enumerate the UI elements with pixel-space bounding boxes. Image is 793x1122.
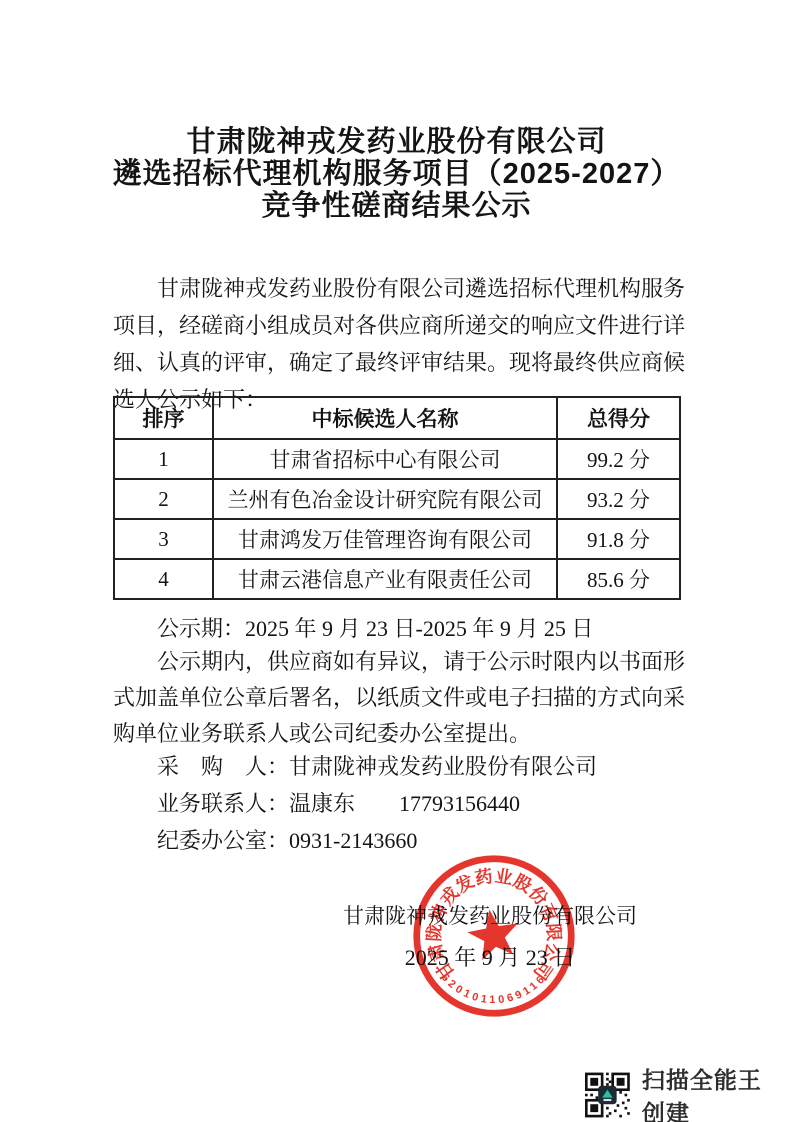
table-row: 2 兰州有色冶金设计研究院有限公司 93.2 分 [114, 479, 680, 519]
camscanner-watermark: 扫描全能王 创建 [585, 1062, 793, 1122]
candidate-name-cell: 甘肃省招标中心有限公司 [213, 439, 557, 479]
score-cell: 91.8 分 [557, 519, 680, 559]
discipline-office-line: 纪委办公室：0931-2143660 [113, 822, 685, 859]
purchaser-label: 采 购 人： [157, 754, 289, 779]
table-row: 4 甘肃云港信息产业有限责任公司 85.6 分 [114, 559, 680, 599]
camscanner-credit-text: 扫描全能王 创建 [642, 1062, 793, 1122]
score-cell: 99.2 分 [557, 439, 680, 479]
contact-info-block: 采 购 人：甘肃陇神戎发药业股份有限公司 业务联系人：温康东 177931564… [113, 748, 685, 859]
signature-date: 2025 年 9 月 23 日 [318, 945, 662, 971]
header-total-score: 总得分 [557, 397, 680, 439]
rank-cell: 4 [114, 559, 213, 599]
seal-serial-number: 6201011069116 [439, 972, 549, 1007]
signature-block: 甘肃陇神戎发药业股份有限公司 2025 年 9 月 23 日 [318, 903, 662, 971]
document-title: 甘肃陇神戎发药业股份有限公司 遴选招标代理机构服务项目（2025-2027） 竞… [0, 126, 793, 222]
business-contact-line: 业务联系人：温康东 17793156440 [113, 785, 685, 822]
discipline-office-label: 纪委办公室： [157, 828, 289, 853]
publicity-period-line: 公示期：2025 年 9 月 23 日-2025 年 9 月 25 日 [113, 610, 685, 647]
results-table: 排序 中标候选人名称 总得分 1 甘肃省招标中心有限公司 99.2 分 2 兰州… [113, 396, 681, 600]
rank-cell: 1 [114, 439, 213, 479]
svg-text:6201011069116: 6201011069116 [439, 972, 549, 1007]
score-cell: 85.6 分 [557, 559, 680, 599]
camscanner-qr-icon [585, 1069, 630, 1121]
header-rank: 排序 [114, 397, 213, 439]
signature-company: 甘肃陇神戎发药业股份有限公司 [318, 903, 662, 929]
title-line-2: 遴选招标代理机构服务项目（2025-2027） [0, 158, 793, 190]
business-contact-value: 温康东 17793156440 [289, 791, 520, 816]
discipline-office-value: 0931-2143660 [289, 828, 417, 853]
score-cell: 93.2 分 [557, 479, 680, 519]
business-contact-label: 业务联系人： [157, 791, 289, 816]
header-candidate-name: 中标候选人名称 [213, 397, 557, 439]
candidate-name-cell: 甘肃鸿发万佳管理咨询有限公司 [213, 519, 557, 559]
candidate-name-cell: 兰州有色冶金设计研究院有限公司 [213, 479, 557, 519]
table-row: 3 甘肃鸿发万佳管理咨询有限公司 91.8 分 [114, 519, 680, 559]
title-line-3: 竞争性磋商结果公示 [0, 190, 793, 222]
purchaser-line: 采 购 人：甘肃陇神戎发药业股份有限公司 [113, 748, 685, 785]
scanned-document-page: 甘肃陇神戎发药业股份有限公司 遴选招标代理机构服务项目（2025-2027） 竞… [0, 0, 793, 1122]
rank-cell: 2 [114, 479, 213, 519]
title-line-1: 甘肃陇神戎发药业股份有限公司 [0, 126, 793, 158]
table-header-row: 排序 中标候选人名称 总得分 [114, 397, 680, 439]
rank-cell: 3 [114, 519, 213, 559]
table-row: 1 甘肃省招标中心有限公司 99.2 分 [114, 439, 680, 479]
candidate-name-cell: 甘肃云港信息产业有限责任公司 [213, 559, 557, 599]
purchaser-value: 甘肃陇神戎发药业股份有限公司 [289, 754, 597, 779]
objection-paragraph: 公示期内，供应商如有异议，请于公示时限内以书面形式加盖单位公章后署名，以纸质文件… [113, 644, 685, 752]
